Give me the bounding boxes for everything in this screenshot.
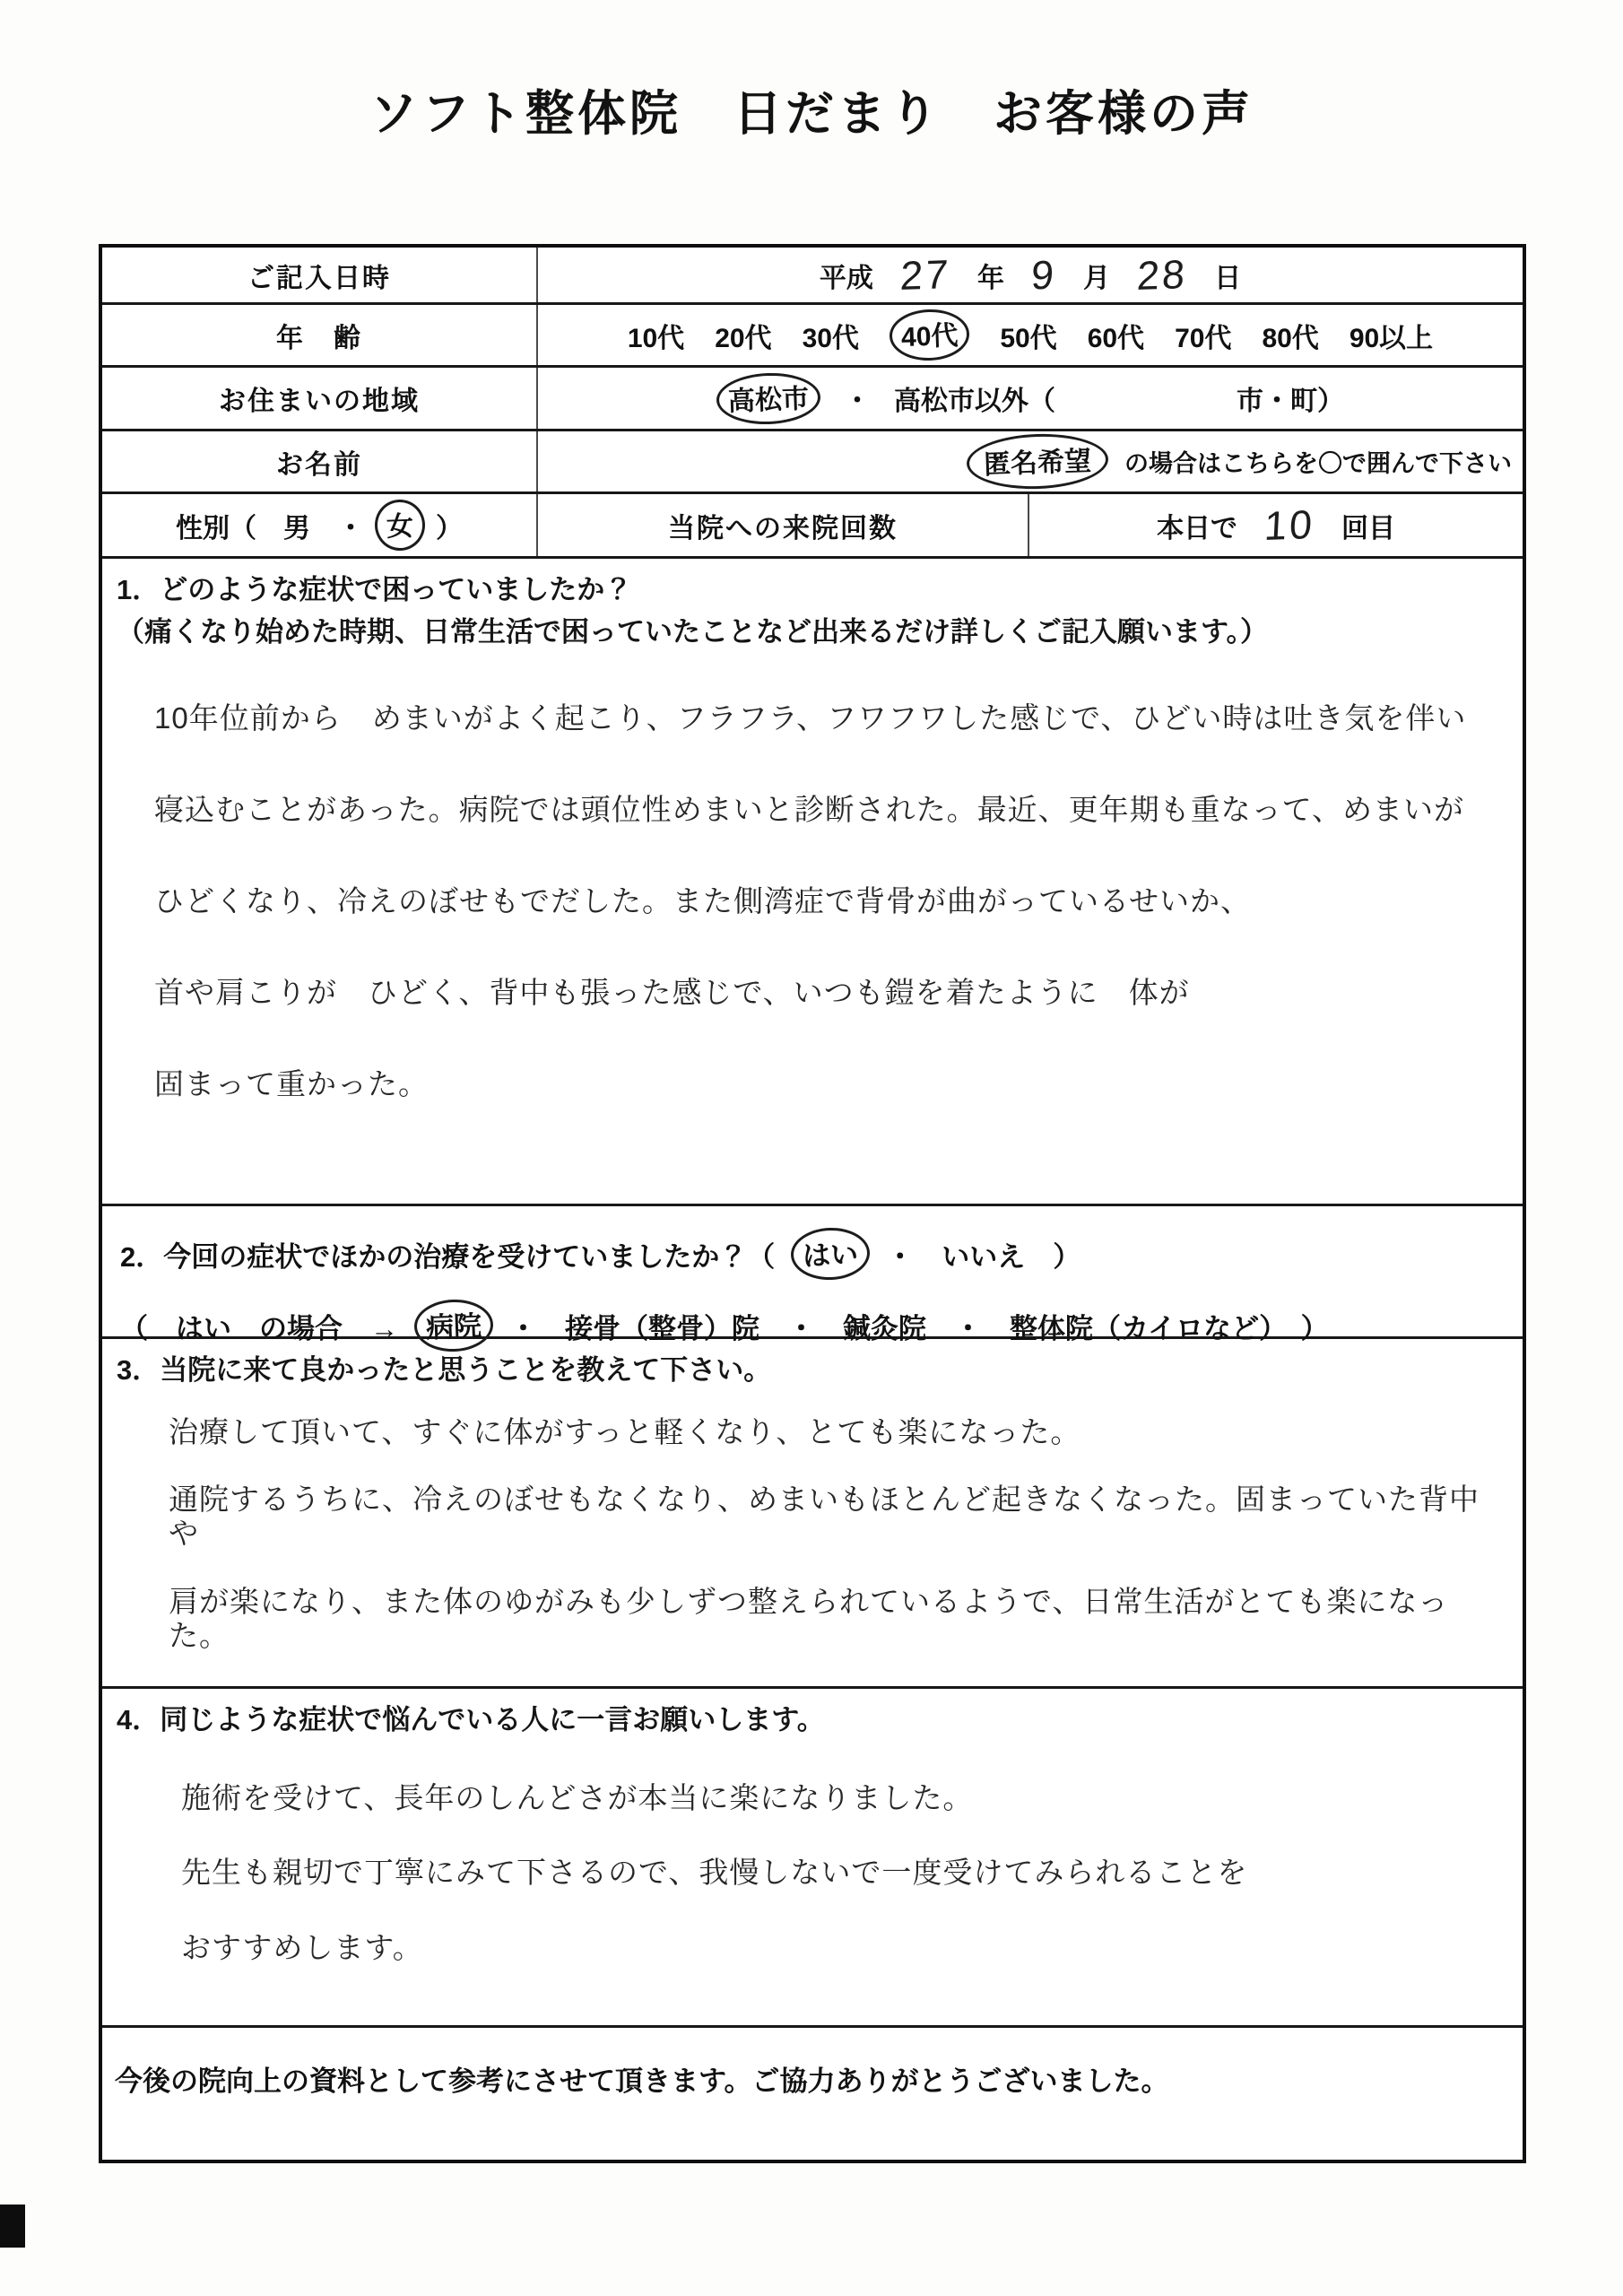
day-unit-label: 日 — [1214, 256, 1241, 295]
q1-answer-line-2: ひどくなり、冷えのぼせもでだした。また側湾症で背骨が曲がっているせいか、 — [154, 884, 1508, 918]
area-value: 高松市 ・ 高松市以外（ 市・町） — [538, 368, 1523, 429]
area-separator: ・ — [844, 378, 871, 418]
gender-prefix: 性別（ 男 ・ — [176, 506, 364, 545]
gender-selected-circle: 女 — [374, 499, 426, 552]
area-selected-circle: 高松市 — [716, 370, 821, 425]
q1-answer-line-4: 固まって重かった。 — [154, 1067, 1508, 1101]
age-option-8: 90以上 — [1350, 316, 1433, 355]
year-value-handwritten: 27 — [899, 254, 951, 296]
q4-answer-line-0: 施術を受けて、長年のしんどさが本当に楽になりました。 — [181, 1781, 1508, 1815]
scan-artifact-mark — [0, 2205, 25, 2248]
section-q1: 1．どのような症状で困っていましたか？ （痛くなり始めた時期、日常生活で困ってい… — [102, 559, 1523, 1206]
q3-heading: 3．当院に来て良かったと思うことを教えて下さい。 — [117, 1350, 1508, 1392]
section-q4: 4．同じような症状で悩んでいる人に一言お願いします。 施術を受けて、長年のしんど… — [102, 1689, 1523, 2028]
age-option-0: 10代 — [628, 316, 684, 355]
area-label: お住まいの地域 — [102, 368, 538, 429]
q1-subheading: （痛くなり始めた時期、日常生活で困っていたことなど出来るだけ詳しくご記入願います… — [117, 612, 1508, 654]
age-option-3: 40代 — [889, 308, 970, 361]
row-name: お名前 匿名希望 の場合はこちらを〇で囲んで下さい — [102, 431, 1523, 494]
gender-suffix: ） — [436, 506, 463, 545]
form-footer: 今後の院向上の資料として参考にさせて頂きます。ご協力ありがとうございました。 — [102, 2028, 1523, 2160]
anonymous-note: の場合はこちらを〇で囲んで下さい — [1124, 444, 1512, 479]
q2-line2: （ はい の場合 → 病院 ・ 接骨（整骨）院 ・ 鍼灸院 ・ 整体院（カイロな… — [120, 1300, 1508, 1352]
age-option-4: 50代 — [1000, 316, 1056, 355]
age-option-5: 60代 — [1088, 316, 1144, 355]
age-option-2: 30代 — [803, 316, 859, 355]
q2-line2-suffix: ・ 接骨（整骨）院 ・ 鍼灸院 ・ 整体院（カイロなど） ） — [509, 1306, 1329, 1346]
visits-label: 当院への来院回数 — [538, 494, 1029, 556]
date-label: ご記入日時 — [102, 248, 538, 302]
q1-answer-line-1: 寝込むことがあった。病院では頭位性めまいと診断された。最近、更年期も重なって、め… — [154, 793, 1508, 827]
visits-suffix: 回目 — [1341, 506, 1395, 545]
date-value: 平成 27 年 9 月 28 日 — [538, 248, 1523, 302]
q4-answer-line-2: おすすめします。 — [181, 1931, 1508, 1965]
day-value-handwritten: 28 — [1136, 254, 1188, 296]
age-option-7: 80代 — [1262, 316, 1318, 355]
visits-value: 本日で 10 回目 — [1029, 494, 1523, 556]
q2-line2-prefix: （ はい の場合 → — [120, 1306, 398, 1346]
page-title: ソフト整体院 日だまり お客様の声 — [0, 75, 1623, 144]
feedback-form-table: ご記入日時 平成 27 年 9 月 28 日 年 齢 10代20代30代40代5… — [99, 244, 1526, 2163]
scanned-feedback-form: ソフト整体院 日だまり お客様の声 ご記入日時 平成 27 年 9 月 28 日… — [0, 0, 1623, 2296]
q3-answer-line-1: 通院するうちに、冷えのぼせもなくなり、めまいもほとんど起きなくなった。固まってい… — [169, 1483, 1508, 1551]
name-value: 匿名希望 の場合はこちらを〇で囲んで下さい — [538, 431, 1523, 491]
area-other-prefix: 高松市以外（ — [894, 378, 1055, 418]
q2-line1-suffix: ・ いいえ ） — [886, 1234, 1081, 1274]
row-date: ご記入日時 平成 27 年 9 月 28 日 — [102, 248, 1523, 305]
age-options: 10代20代30代40代50代60代70代80代90以上 — [538, 305, 1523, 365]
row-age: 年 齢 10代20代30代40代50代60代70代80代90以上 — [102, 305, 1523, 368]
section-q3: 3．当院に来て良かったと思うことを教えて下さい。 治療して頂いて、すぐに体がすっ… — [102, 1339, 1523, 1689]
q2-line1: 2．今回の症状でほかの治療を受けていましたか？（ はい ・ いいえ ） — [120, 1228, 1508, 1280]
month-value-handwritten: 9 — [1030, 254, 1057, 295]
gender-cell: 性別（ 男 ・ 女 ） — [102, 494, 538, 556]
section-q2: 2．今回の症状でほかの治療を受けていましたか？（ はい ・ いいえ ） （ はい… — [102, 1206, 1523, 1339]
age-label: 年 齢 — [102, 305, 538, 365]
visits-prefix: 本日で — [1157, 506, 1237, 545]
q1-answer-handwritten: 10年位前から めまいがよく起こり、フラフラ、フワフワした感じで、ひどい時は吐き… — [154, 701, 1508, 1101]
q3-answer-line-0: 治療して頂いて、すぐに体がすっと軽くなり、とても楽になった。 — [169, 1415, 1508, 1449]
visits-count-handwritten: 10 — [1263, 504, 1315, 546]
area-other-suffix: 市・町） — [1237, 378, 1344, 418]
q1-heading: 1．どのような症状で困っていましたか？ — [117, 570, 1508, 612]
q4-heading: 4．同じような症状で悩んでいる人に一言お願いします。 — [117, 1700, 1508, 1742]
year-unit-label: 年 — [977, 256, 1004, 295]
month-unit-label: 月 — [1083, 256, 1110, 295]
q3-answer-line-2: 肩が楽になり、また体のゆがみも少しずつ整えられているようで、日常生活がとても楽に… — [169, 1585, 1508, 1653]
era-label: 平成 — [820, 256, 873, 295]
q2-yes-circled: はい — [790, 1226, 871, 1281]
name-label: お名前 — [102, 431, 538, 491]
anonymous-circled: 匿名希望 — [966, 431, 1109, 491]
q3-answer-handwritten: 治療して頂いて、すぐに体がすっと軽くなり、とても楽になった。通院するうちに、冷え… — [169, 1415, 1508, 1654]
row-gender-visits: 性別（ 男 ・ 女 ） 当院への来院回数 本日で 10 回目 — [102, 494, 1523, 559]
row-area: お住まいの地域 高松市 ・ 高松市以外（ 市・町） — [102, 368, 1523, 431]
q4-answer-line-1: 先生も親切で丁寧にみて下さるので、我慢しないで一度受けてみられることを — [181, 1856, 1508, 1890]
age-option-1: 20代 — [715, 316, 771, 355]
q1-answer-line-3: 首や肩こりが ひどく、背中も張った感じで、いつも鎧を着たように 体が — [154, 976, 1508, 1010]
q4-answer-handwritten: 施術を受けて、長年のしんどさが本当に楽になりました。先生も親切で丁寧にみて下さる… — [181, 1781, 1508, 1966]
age-option-6: 70代 — [1175, 316, 1231, 355]
q2-line1-prefix: 2．今回の症状でほかの治療を受けていましたか？（ — [120, 1234, 775, 1274]
q1-answer-line-0: 10年位前から めまいがよく起こり、フラフラ、フワフワした感じで、ひどい時は吐き… — [154, 701, 1508, 735]
